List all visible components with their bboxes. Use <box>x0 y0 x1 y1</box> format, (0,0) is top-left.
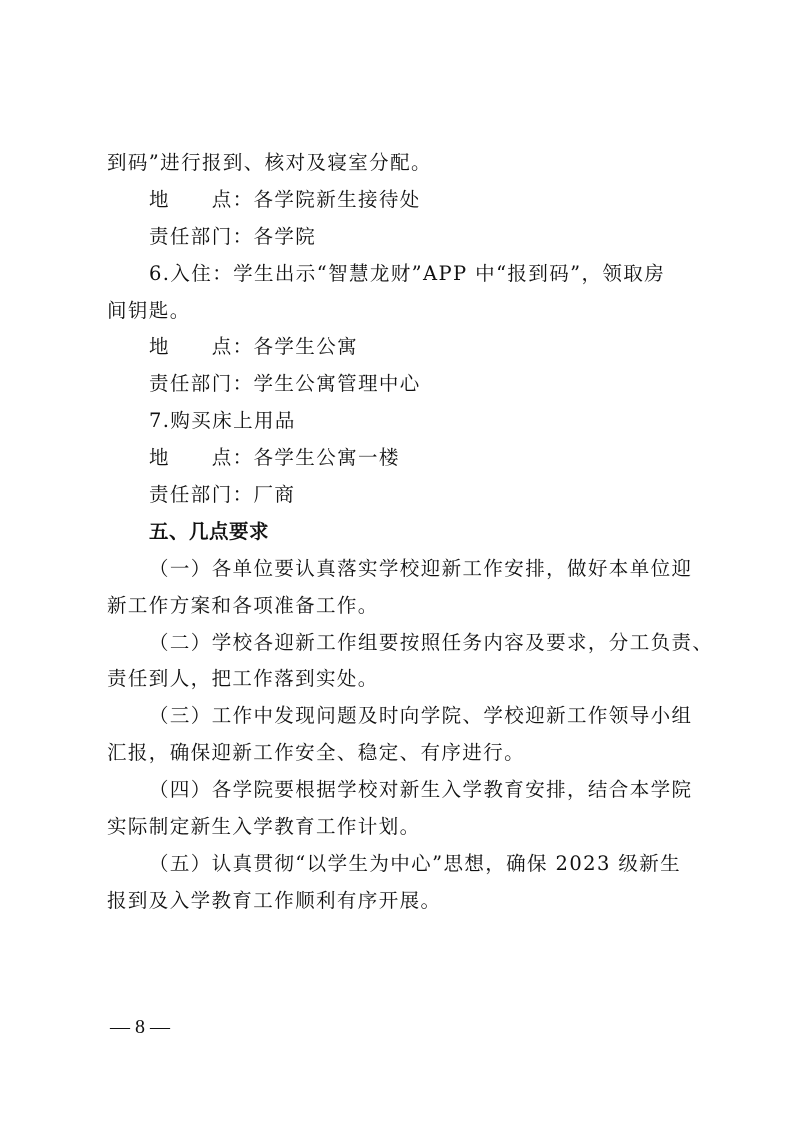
requirement-5: （五）认真贯彻“以学生为中心”思想，确保 2023 级新生 <box>107 849 691 886</box>
paragraph-line: 实际制定新生入学教育工作计划。 <box>107 812 691 849</box>
paragraph-line: 间钥匙。 <box>107 296 691 333</box>
department-line: 责任部门：学生公寓管理中心 <box>107 369 691 406</box>
step-6-checkin: 6.入住：学生出示“智慧龙财”APP 中“报到码”，领取房 <box>107 259 691 296</box>
paragraph-line: 到码”进行报到、核对及寝室分配。 <box>107 148 691 185</box>
document-body: 到码”进行报到、核对及寝室分配。 地 点：各学院新生接待处 责任部门：各学院 6… <box>107 148 691 923</box>
requirement-3: （三）工作中发现问题及时向学院、学校迎新工作领导小组 <box>107 701 691 738</box>
requirement-4: （四）各学院要根据学校对新生入学教育安排，结合本学院 <box>107 775 691 812</box>
location-line: 地 点：各学生公寓 <box>107 332 691 369</box>
location-line: 地 点：各学院新生接待处 <box>107 185 691 222</box>
paragraph-line: 汇报，确保迎新工作安全、稳定、有序进行。 <box>107 738 691 775</box>
paragraph-line: 报到及入学教育工作顺利有序开展。 <box>107 886 691 923</box>
document-page: 到码”进行报到、核对及寝室分配。 地 点：各学院新生接待处 责任部门：各学院 6… <box>0 0 794 1123</box>
requirement-2: （二）学校各迎新工作组要按照任务内容及要求，分工负责、 <box>107 628 691 665</box>
requirement-1: （一）各单位要认真落实学校迎新工作安排，做好本单位迎 <box>107 554 691 591</box>
department-line: 责任部门：各学院 <box>107 222 691 259</box>
paragraph-line: 责任到人，把工作落到实处。 <box>107 664 691 701</box>
location-line: 地 点：各学生公寓一楼 <box>107 443 691 480</box>
page-number: — 8 — <box>110 1016 170 1039</box>
department-line: 责任部门：厂商 <box>107 480 691 517</box>
section-heading: 五、几点要求 <box>107 517 691 554</box>
step-7-bedding: 7.购买床上用品 <box>107 406 691 443</box>
paragraph-line: 新工作方案和各项准备工作。 <box>107 591 691 628</box>
